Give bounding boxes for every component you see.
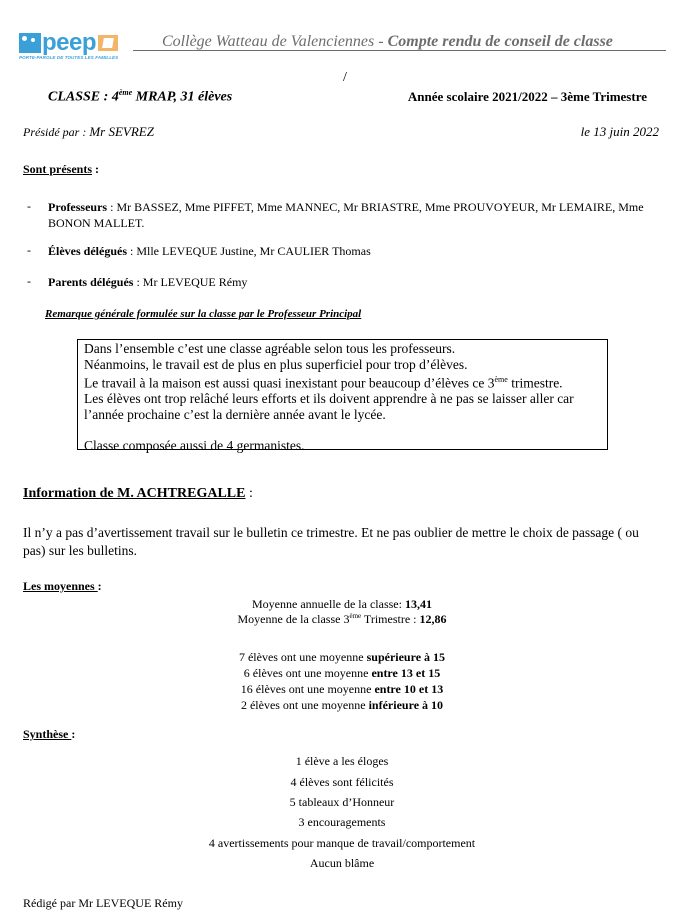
information-heading-suffix: : — [245, 486, 252, 501]
summary-item: Aucun blâme — [0, 856, 684, 871]
parents-list: : Mr LEVEQUE Rémy — [133, 275, 247, 289]
remark-box: Dans l’ensemble c’est une classe agréabl… — [77, 339, 608, 450]
document-title: Collège Watteau de Valenciennes - Compte… — [162, 33, 613, 51]
logo-tagline: PORTE-PAROLE DE TOUTES LES FAMILLES — [19, 55, 118, 60]
parents-label: Parents délégués — [48, 275, 133, 289]
distribution-range: supérieure à 15 — [367, 650, 445, 664]
attendees-students: Élèves délégués : Mlle LEVEQUE Justine, … — [48, 243, 648, 259]
summary-heading-text: Synthèse — [23, 727, 71, 741]
remark-line: Néanmoins, le travail est de plus en plu… — [84, 357, 601, 373]
distribution-row: 2 élèves ont une moyenne inférieure à 10 — [0, 698, 684, 713]
classe-level: 4 — [112, 90, 119, 105]
annual-average-label: Moyenne annuelle de la classe: — [252, 597, 405, 611]
chaired-by: Présidé par : Mr SEVREZ — [23, 124, 154, 140]
distribution-row: 16 élèves ont une moyenne entre 10 et 13 — [0, 682, 684, 697]
summary-heading: Synthèse : — [23, 727, 75, 742]
summary-item: 1 élève a les éloges — [0, 754, 684, 769]
remark-line: Les élèves ont trop relâché leurs effort… — [84, 391, 601, 407]
distribution-text: 16 élèves ont une moyenne — [241, 682, 375, 696]
remark-line-text: Le travail à la maison est aussi quasi i… — [84, 376, 495, 391]
term-average-sup: ème — [349, 612, 361, 620]
class-info: CLASSE : 4ème MRAP, 31 élèves — [48, 88, 232, 106]
summary-item: 5 tableaux d’Honneur — [0, 795, 684, 810]
remark-line: l’année prochaine c’est la dernière anné… — [84, 407, 601, 423]
averages-heading-suffix: : — [98, 579, 102, 593]
summary-item: 4 avertissements pour manque de travail/… — [0, 836, 684, 851]
remark-line: Classe composée aussi de 4 germanistes. — [84, 438, 601, 454]
teachers-list: : Mr BASSEZ, Mme PIFFET, Mme MANNEC, Mr … — [48, 200, 644, 230]
summary-heading-suffix: : — [71, 727, 75, 741]
book-icon — [98, 35, 118, 51]
logo-wordmark: peep — [42, 32, 96, 54]
distribution-range: entre 10 et 13 — [374, 682, 443, 696]
bullet-marker: - — [27, 243, 31, 258]
information-text: Il n’y a pas d’avertissement travail sur… — [23, 524, 663, 560]
summary-item: 4 élèves sont félicités — [0, 775, 684, 790]
term-average-label: Moyenne de la classe 3 — [238, 612, 350, 626]
annual-average-value: 13,41 — [405, 597, 432, 611]
chaired-by-label: Présidé par : — [23, 125, 89, 139]
information-heading-text: Information de M. ACHTREGALLE — [23, 486, 245, 501]
classe-label: CLASSE : — [48, 90, 112, 105]
students-label: Élèves délégués — [48, 244, 127, 258]
teachers-label: Professeurs — [48, 200, 107, 214]
summary-item: 3 encouragements — [0, 815, 684, 830]
stray-mark: / — [343, 70, 347, 86]
classe-rest: MRAP, 31 élèves — [132, 90, 232, 105]
family-figures-icon — [19, 33, 41, 53]
distribution-row: 7 élèves ont une moyenne supérieure à 15 — [0, 650, 684, 665]
averages-heading-text: Les moyennes — [23, 579, 98, 593]
distribution-text: 7 élèves ont une moyenne — [239, 650, 367, 664]
term-average: Moyenne de la classe 3ème Trimestre : 12… — [0, 612, 684, 627]
remark-blank-line — [84, 422, 601, 438]
meeting-date: le 13 juin 2022 — [581, 124, 659, 140]
remark-line: Le travail à la maison est aussi quasi i… — [84, 372, 601, 391]
classe-level-sup: ème — [119, 88, 132, 97]
distribution-text: 2 élèves ont une moyenne — [241, 698, 369, 712]
attendees-parents: Parents délégués : Mr LEVEQUE Rémy — [48, 274, 648, 290]
averages-heading: Les moyennes : — [23, 579, 102, 594]
distribution-range: inférieure à 10 — [369, 698, 443, 712]
distribution-range: entre 13 et 15 — [371, 666, 440, 680]
school-name: Collège Watteau de Valenciennes - — [162, 33, 388, 50]
school-year: Année scolaire 2021/2022 – 3ème Trimestr… — [408, 89, 647, 105]
attendees-heading: Sont présents : — [23, 162, 99, 177]
distribution-text: 6 élèves ont une moyenne — [244, 666, 372, 680]
remark-heading: Remarque générale formulée sur la classe… — [45, 308, 361, 320]
bullet-marker: - — [27, 199, 31, 214]
attendees-heading-suffix: : — [92, 162, 99, 176]
remark-line-end: trimestre. — [508, 376, 563, 391]
distribution-row: 6 élèves ont une moyenne entre 13 et 15 — [0, 666, 684, 681]
annual-average: Moyenne annuelle de la classe: 13,41 — [0, 597, 684, 612]
peep-logo: peep PORTE-PAROLE DE TOUTES LES FAMILLES — [19, 32, 131, 62]
written-by: Rédigé par Mr LEVEQUE Rémy — [23, 896, 183, 911]
attendees-teachers: Professeurs : Mr BASSEZ, Mme PIFFET, Mme… — [48, 199, 648, 231]
students-list: : Mlle LEVEQUE Justine, Mr CAULIER Thoma… — [127, 244, 371, 258]
term-average-label-end: Trimestre : — [361, 612, 419, 626]
attendees-heading-text: Sont présents — [23, 162, 92, 176]
remark-line: Dans l’ensemble c’est une classe agréabl… — [84, 341, 601, 357]
term-average-value: 12,86 — [419, 612, 446, 626]
bullet-marker: - — [27, 274, 31, 289]
remark-line-sup: ème — [495, 375, 508, 384]
information-heading: Information de M. ACHTREGALLE : — [23, 486, 253, 502]
document-type: Compte rendu de conseil de classe — [388, 33, 613, 50]
chaired-by-name: Mr SEVREZ — [89, 124, 154, 139]
